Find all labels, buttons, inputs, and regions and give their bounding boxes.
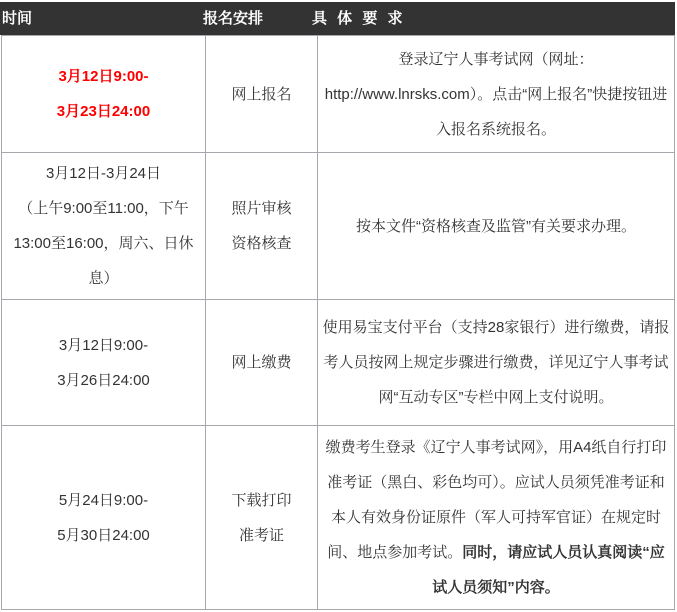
arrangement-line: 资格核查	[209, 226, 314, 261]
requirements-cell: 登录辽宁人事考试网（网址：http://www.lnrsks.com）。点击“网…	[318, 36, 675, 153]
header-time: 时间	[2, 2, 32, 35]
arrangement-cell: 下载打印 准考证	[206, 426, 318, 610]
table-header-row: 时间 报名安排 具 体 要 求	[0, 2, 675, 35]
time-cell: 5月24日9:00- 5月30日24:00	[2, 426, 206, 610]
arrangement-line: 照片审核	[209, 191, 314, 226]
arrangement-cell: 网上报名	[206, 36, 318, 153]
arrangement-cell: 照片审核 资格核查	[206, 153, 318, 300]
table-row-print-admission-ticket: 5月24日9:00- 5月30日24:00 下载打印 准考证 缴费考生登录《辽宁…	[2, 426, 675, 610]
registration-schedule-table: 时间 报名安排 具 体 要 求 3月12日9:00- 3月23日24:00 网上…	[0, 2, 675, 610]
arrangement-cell: 网上缴费	[206, 300, 318, 426]
header-arrangement: 报名安排	[203, 2, 263, 35]
time-line: 3月12日9:00-	[5, 59, 202, 94]
table-row-photo-review: 3月12日-3月24日 （上午9:00至11:00，下午13:00至16:00，…	[2, 153, 675, 300]
requirements-bold-text: 同时，请应试人员认真阅读“应试人员须知”内容。	[432, 544, 665, 596]
requirements-cell: 按本文件“资格核查及监管”有关要求办理。	[318, 153, 675, 300]
time-line: 3月12日9:00-	[5, 328, 202, 363]
table-row-online-payment: 3月12日9:00- 3月26日24:00 网上缴费 使用易宝支付平台（支持28…	[2, 300, 675, 426]
time-cell: 3月12日-3月24日 （上午9:00至11:00，下午13:00至16:00，…	[2, 153, 206, 300]
requirements-cell: 缴费考生登录《辽宁人事考试网》，用A4纸自行打印准考证（黑白、彩色均可）。应试人…	[318, 426, 675, 610]
requirements-text: 按本文件“资格核查及监管”有关要求办理。	[356, 218, 636, 235]
table-row-online-registration: 3月12日9:00- 3月23日24:00 网上报名 登录辽宁人事考试网（网址：…	[2, 36, 675, 153]
time-cell: 3月12日9:00- 3月23日24:00	[2, 36, 206, 153]
arrangement-line: 网上报名	[209, 77, 314, 112]
time-line: 3月26日24:00	[5, 363, 202, 398]
arrangement-line: 准考证	[209, 518, 314, 553]
header-requirements: 具 体 要 求	[312, 2, 406, 35]
requirements-text: 登录辽宁人事考试网（网址：http://www.lnrsks.com）。点击“网…	[325, 51, 668, 138]
requirements-text: 缴费考生登录《辽宁人事考试网》，用A4纸自行打印准考证（黑白、彩色均可）。应试人…	[326, 439, 667, 561]
time-line: 3月23日24:00	[5, 94, 202, 129]
requirements-cell: 使用易宝支付平台（支持28家银行）进行缴费，请报考人员按网上规定步骤进行缴费，详…	[318, 300, 675, 426]
time-line: 5月30日24:00	[5, 518, 202, 553]
time-cell: 3月12日9:00- 3月26日24:00	[2, 300, 206, 426]
time-line: 3月12日-3月24日	[5, 156, 202, 191]
arrangement-line: 网上缴费	[209, 345, 314, 380]
requirements-text: 使用易宝支付平台（支持28家银行）进行缴费，请报考人员按网上规定步骤进行缴费，详…	[323, 319, 670, 406]
time-line: 5月24日9:00-	[5, 483, 202, 518]
time-line: （上午9:00至11:00，下午13:00至16:00，周六、日休息）	[5, 191, 202, 296]
schedule-table-grid: 3月12日9:00- 3月23日24:00 网上报名 登录辽宁人事考试网（网址：…	[1, 35, 675, 610]
arrangement-line: 下载打印	[209, 483, 314, 518]
